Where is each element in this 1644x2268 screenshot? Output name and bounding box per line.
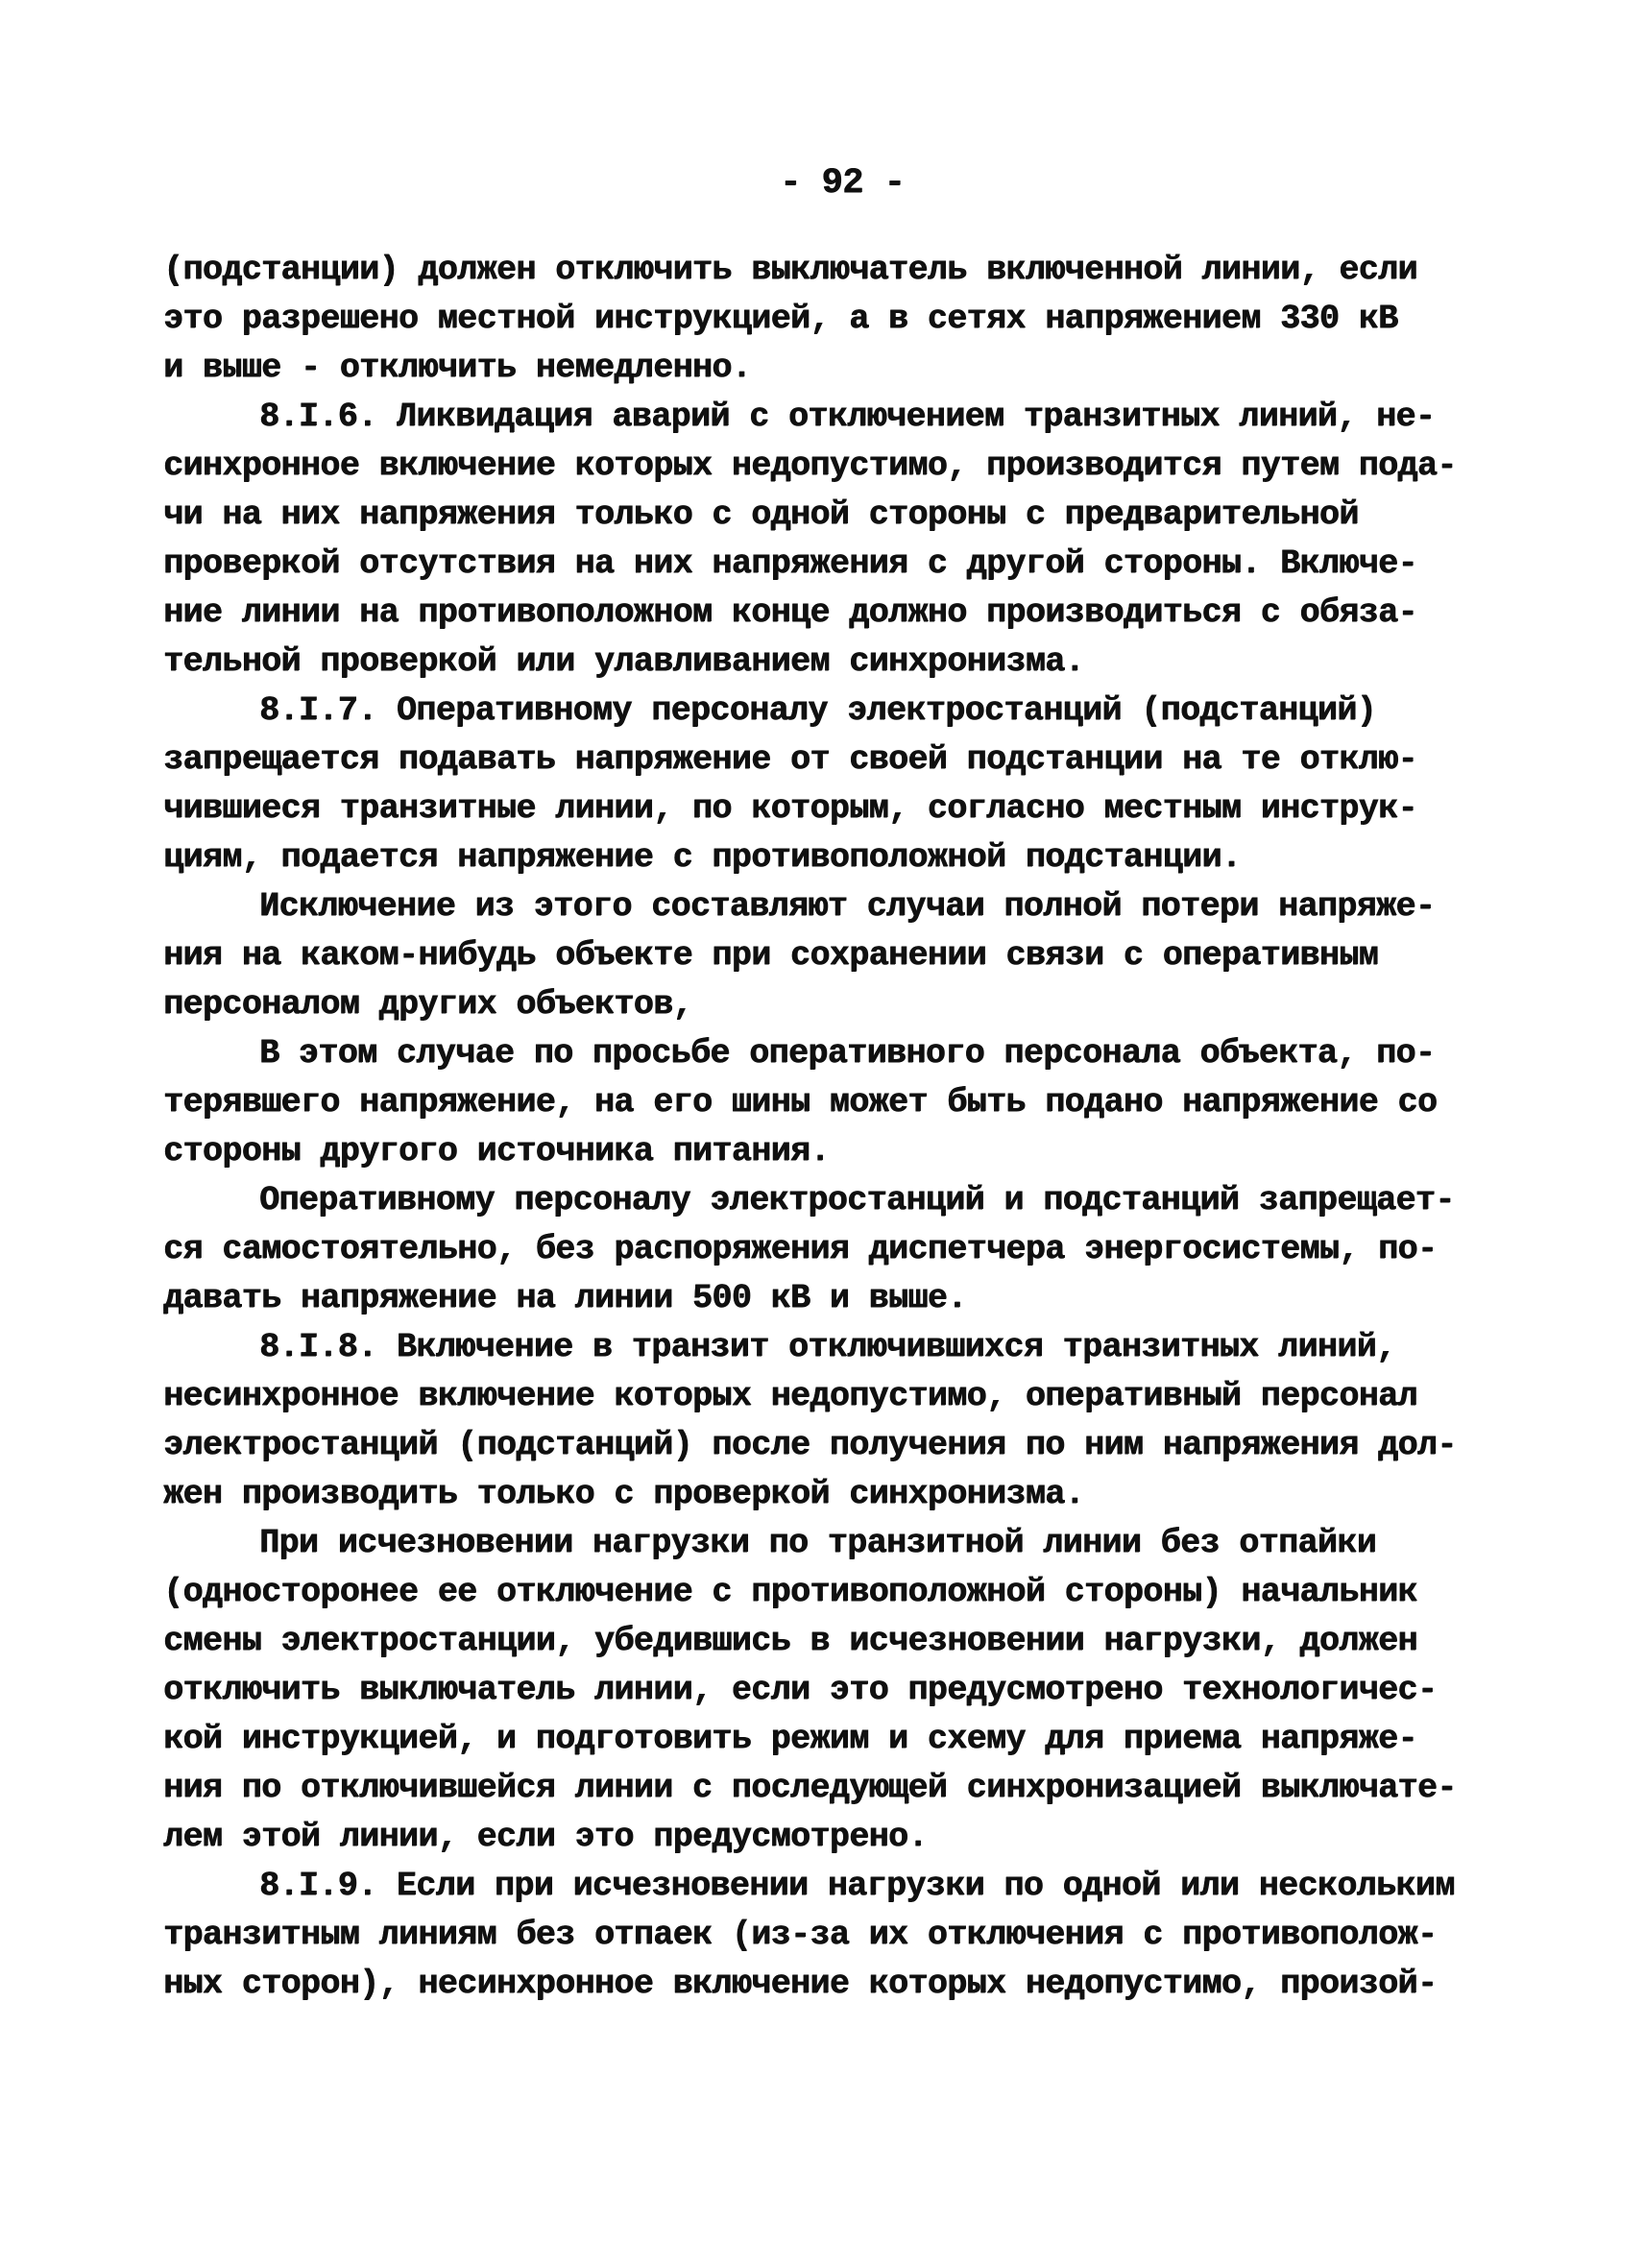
text-line: стороны другого источника питания. <box>163 1127 1508 1176</box>
scanned-document-page: - 92 - (подстанции) должен отключить вык… <box>0 0 1644 2268</box>
text-line: и выше - отключить немедленно. <box>163 344 1508 393</box>
text-line: ния на каком-нибудь объекте при сохранен… <box>163 931 1508 980</box>
text-line: Исключение из этого составляют случаи по… <box>163 882 1508 931</box>
text-line: При исчезновении нагрузки по транзитной … <box>163 1519 1508 1568</box>
text-line: персоналом других объектов, <box>163 980 1508 1029</box>
text-line: 8.I.8. Включение в транзит отключившихся… <box>163 1323 1508 1372</box>
text-line: циям, подается напряжение с противополож… <box>163 833 1508 882</box>
text-line: лем этой линии, если это предусмотрено. <box>163 1813 1508 1862</box>
text-line: синхронное включение которых недопустимо… <box>163 442 1508 491</box>
text-line: ся самостоятельно, без распоряжения дисп… <box>163 1225 1508 1274</box>
text-line: ние линии на противоположном конце должн… <box>163 589 1508 638</box>
text-line: 8.I.9. Если при исчезновении нагрузки по… <box>163 1862 1508 1911</box>
text-line: чившиеся транзитные линии, по которым, с… <box>163 784 1508 833</box>
text-line: тельной проверкой или улавливанием синхр… <box>163 638 1508 687</box>
text-line: (односторонее ее отключение с противопол… <box>163 1568 1508 1617</box>
text-line: терявшего напряжение, на его шины может … <box>163 1078 1508 1127</box>
text-line: транзитным линиям без отпаек (из-за их о… <box>163 1911 1508 1960</box>
text-line: жен производить только с проверкой синхр… <box>163 1470 1508 1519</box>
text-line: 8.I.7. Оперативному персоналу электроста… <box>163 687 1508 736</box>
text-line: Оперативному персоналу электростанций и … <box>163 1176 1508 1225</box>
text-line: В этом случае по просьбе оперативного пе… <box>163 1029 1508 1078</box>
text-line: смены электростанции, убедившись в исчез… <box>163 1617 1508 1666</box>
text-line: чи на них напряжения только с одной стор… <box>163 491 1508 540</box>
document-text-block: (подстанции) должен отключить выключател… <box>163 246 1508 2009</box>
text-line: ния по отключившейся линии с последующей… <box>163 1764 1508 1813</box>
text-line: электростанций (подстанций) после получе… <box>163 1421 1508 1470</box>
page-number: - 92 - <box>780 163 905 204</box>
text-line: (подстанции) должен отключить выключател… <box>163 246 1508 295</box>
text-line: давать напряжение на линии 500 кВ и выше… <box>163 1274 1508 1323</box>
text-line: запрещается подавать напряжение от своей… <box>163 736 1508 784</box>
text-line: несинхронное включение которых недопусти… <box>163 1372 1508 1421</box>
text-line: проверкой отсутствия на них напряжения с… <box>163 540 1508 589</box>
text-line: кой инструкцией, и подготовить режим и с… <box>163 1715 1508 1764</box>
text-line: это разрешено местной инструкцией, а в с… <box>163 295 1508 344</box>
text-line: 8.I.6. Ликвидация аварий с отключением т… <box>163 393 1508 442</box>
text-line: отключить выключатель линии, если это пр… <box>163 1666 1508 1715</box>
text-line: ных сторон), несинхронное включение кото… <box>163 1960 1508 2009</box>
